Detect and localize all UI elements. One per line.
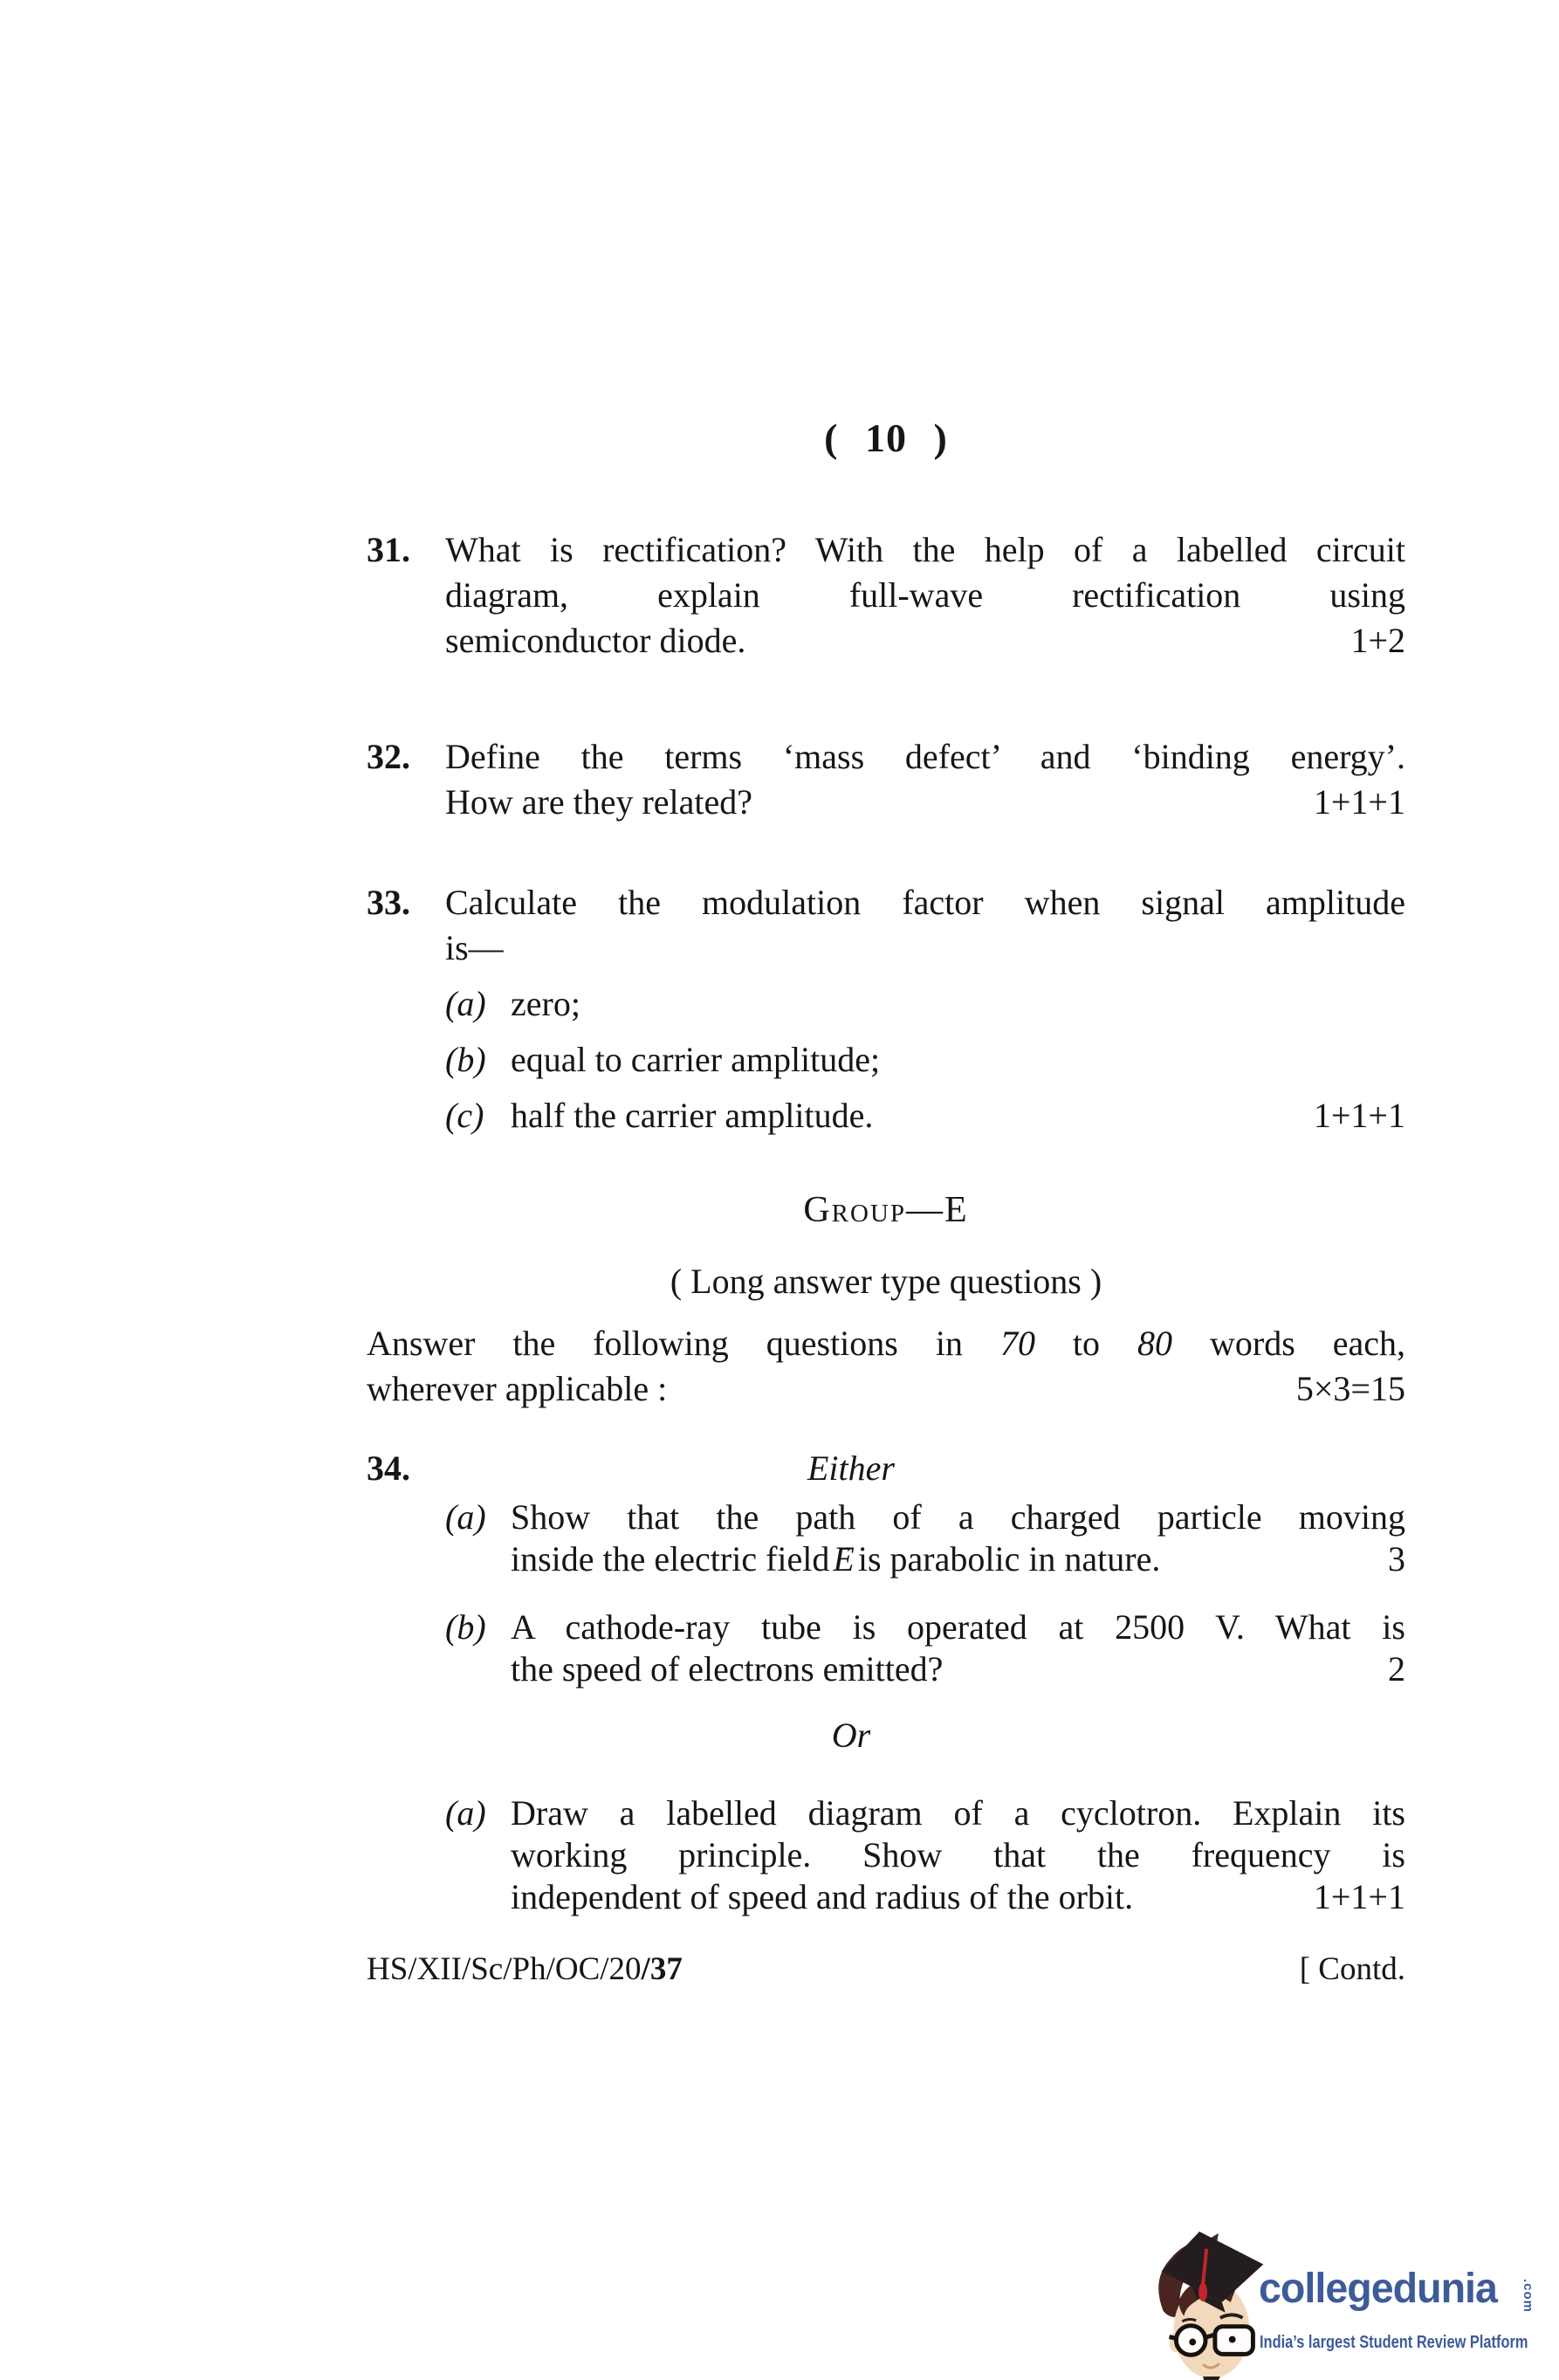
item-b-text: equal to carrier amplitude; xyxy=(511,1037,1405,1083)
word-count-80: 80 xyxy=(1137,1324,1172,1363)
mascot-tassel xyxy=(1198,2282,1207,2301)
question-33-number: 33. xyxy=(367,880,445,1138)
question-32-line-2: How are they related? xyxy=(445,780,752,825)
paper-code-regular: HS/XII/Sc/Ph/OC/20 xyxy=(367,1951,642,1987)
instructions-mid: to xyxy=(1073,1324,1100,1363)
question-32-marks: 1+1+1 xyxy=(1288,780,1405,825)
question-32-line-1: Define the terms ‘mass defect’ and ‘bind… xyxy=(445,734,1405,780)
question-34-either-b: (b) A cathode-ray tube is operated at 25… xyxy=(445,1606,1405,1690)
either-b-marks: 2 xyxy=(1362,1648,1405,1690)
either-b-marker: (b) xyxy=(445,1606,511,1690)
item-c-marker: (c) xyxy=(445,1093,511,1138)
mascot-eye-left xyxy=(1189,2339,1196,2346)
question-31: 31. What is rectification? With the help… xyxy=(367,527,1405,664)
either-b-line-1: A cathode-ray tube is operated at 2500 V… xyxy=(511,1606,1405,1648)
either-b-line-2: the speed of electrons emitted? xyxy=(511,1648,943,1690)
question-31-line-1: What is rectification? With the help of … xyxy=(445,527,1405,573)
group-e-subtitle: ( Long answer type questions ) xyxy=(367,1261,1405,1302)
paper-code-bold: /37 xyxy=(642,1951,683,1987)
either-a-line-2-pre: inside the electric field xyxy=(511,1539,829,1579)
either-a-line-1: Show that the path of a charged particle… xyxy=(511,1496,1405,1538)
mascot-eye-right xyxy=(1229,2336,1236,2343)
question-31-number: 31. xyxy=(367,527,445,664)
or-a-line-2: working principle. Show that the frequen… xyxy=(511,1834,1405,1876)
question-34-header: 34. Either xyxy=(367,1446,1336,1491)
instructions-post: words each, xyxy=(1210,1324,1405,1363)
question-33-line-2: is— xyxy=(445,925,1405,971)
paper-code: HS/XII/Sc/Ph/OC/20/37 xyxy=(367,1950,683,1988)
or-a-marks: 1+1+1 xyxy=(1288,1876,1405,1918)
question-32: 32. Define the terms ‘mass defect’ and ‘… xyxy=(367,734,1405,825)
question-31-marks: 1+2 xyxy=(1324,618,1405,664)
instructions-line-2: wherever applicable : xyxy=(367,1366,667,1412)
either-label: Either xyxy=(367,1446,1336,1491)
either-a-line-2-post: is parabolic in nature. xyxy=(858,1539,1161,1579)
or-label: Or xyxy=(367,1715,1336,1756)
either-a-line-2: inside the electric fieldE→is parabolic … xyxy=(511,1538,1160,1580)
page-number: ( 10 ) xyxy=(367,415,1405,461)
question-34-or-a: (a) Draw a labelled diagram of a cyclotr… xyxy=(445,1792,1405,1918)
collegedunia-logo: collegedunia .com India’s largest Studen… xyxy=(1154,2226,1559,2380)
collegedunia-wordmark: collegedunia xyxy=(1259,2265,1497,2313)
or-a-line-1: Draw a labelled diagram of a cyclotron. … xyxy=(511,1792,1405,1834)
question-33-item-b: (b) equal to carrier amplitude; xyxy=(445,1037,1405,1083)
question-31-line-2: diagram, explain full-wave rectification… xyxy=(445,573,1405,618)
either-a-marks: 3 xyxy=(1362,1538,1405,1580)
vector-arrow-icon: → xyxy=(835,1525,854,1567)
item-a-marker: (a) xyxy=(445,981,511,1027)
mascot-glasses-arm xyxy=(1170,2337,1178,2339)
or-a-marker: (a) xyxy=(445,1792,511,1918)
electric-field-vector: E→ xyxy=(833,1538,854,1580)
instructions-line-1: Answer the following questions in 70 to … xyxy=(367,1321,1405,1366)
instructions-pre: Answer the following questions in xyxy=(367,1324,963,1363)
question-33: 33. Calculate the modulation factor when… xyxy=(367,880,1405,1138)
page-footer: HS/XII/Sc/Ph/OC/20/37 [ Contd. xyxy=(367,1950,1405,1988)
group-e-instructions: Answer the following questions in 70 to … xyxy=(367,1321,1405,1412)
or-a-line-3: independent of speed and radius of the o… xyxy=(511,1876,1133,1918)
question-33-item-c: (c) half the carrier amplitude. 1+1+1 xyxy=(445,1093,1405,1138)
question-31-line-3: semiconductor diode. xyxy=(445,618,745,664)
item-a-text: zero; xyxy=(511,981,1405,1027)
question-33-marks: 1+1+1 xyxy=(1288,1093,1405,1138)
group-e-heading: Group—E xyxy=(367,1189,1405,1231)
question-32-number: 32. xyxy=(367,734,445,825)
question-33-item-a: (a) zero; xyxy=(445,981,1405,1027)
question-34-number: 34. xyxy=(367,1446,445,1491)
collegedunia-mascot xyxy=(1154,2228,1266,2380)
collegedunia-tld: .com xyxy=(1521,2279,1535,2313)
question-33-line-1: Calculate the modulation factor when sig… xyxy=(445,880,1405,925)
either-a-marker: (a) xyxy=(445,1496,511,1580)
collegedunia-tagline: India’s largest Student Review Platform xyxy=(1260,2333,1528,2353)
group-e-total-marks: 5×3=15 xyxy=(1270,1366,1405,1412)
contd-label: [ Contd. xyxy=(1300,1950,1405,1988)
exam-paper-page: ( 10 ) 31. What is rectification? With t… xyxy=(0,0,1559,2380)
word-count-70: 70 xyxy=(1000,1324,1035,1363)
question-34-either-a: (a) Show that the path of a charged part… xyxy=(445,1496,1405,1580)
mascot-collar xyxy=(1203,2377,1220,2380)
item-b-marker: (b) xyxy=(445,1037,511,1083)
item-c-text: half the carrier amplitude. xyxy=(511,1093,873,1138)
